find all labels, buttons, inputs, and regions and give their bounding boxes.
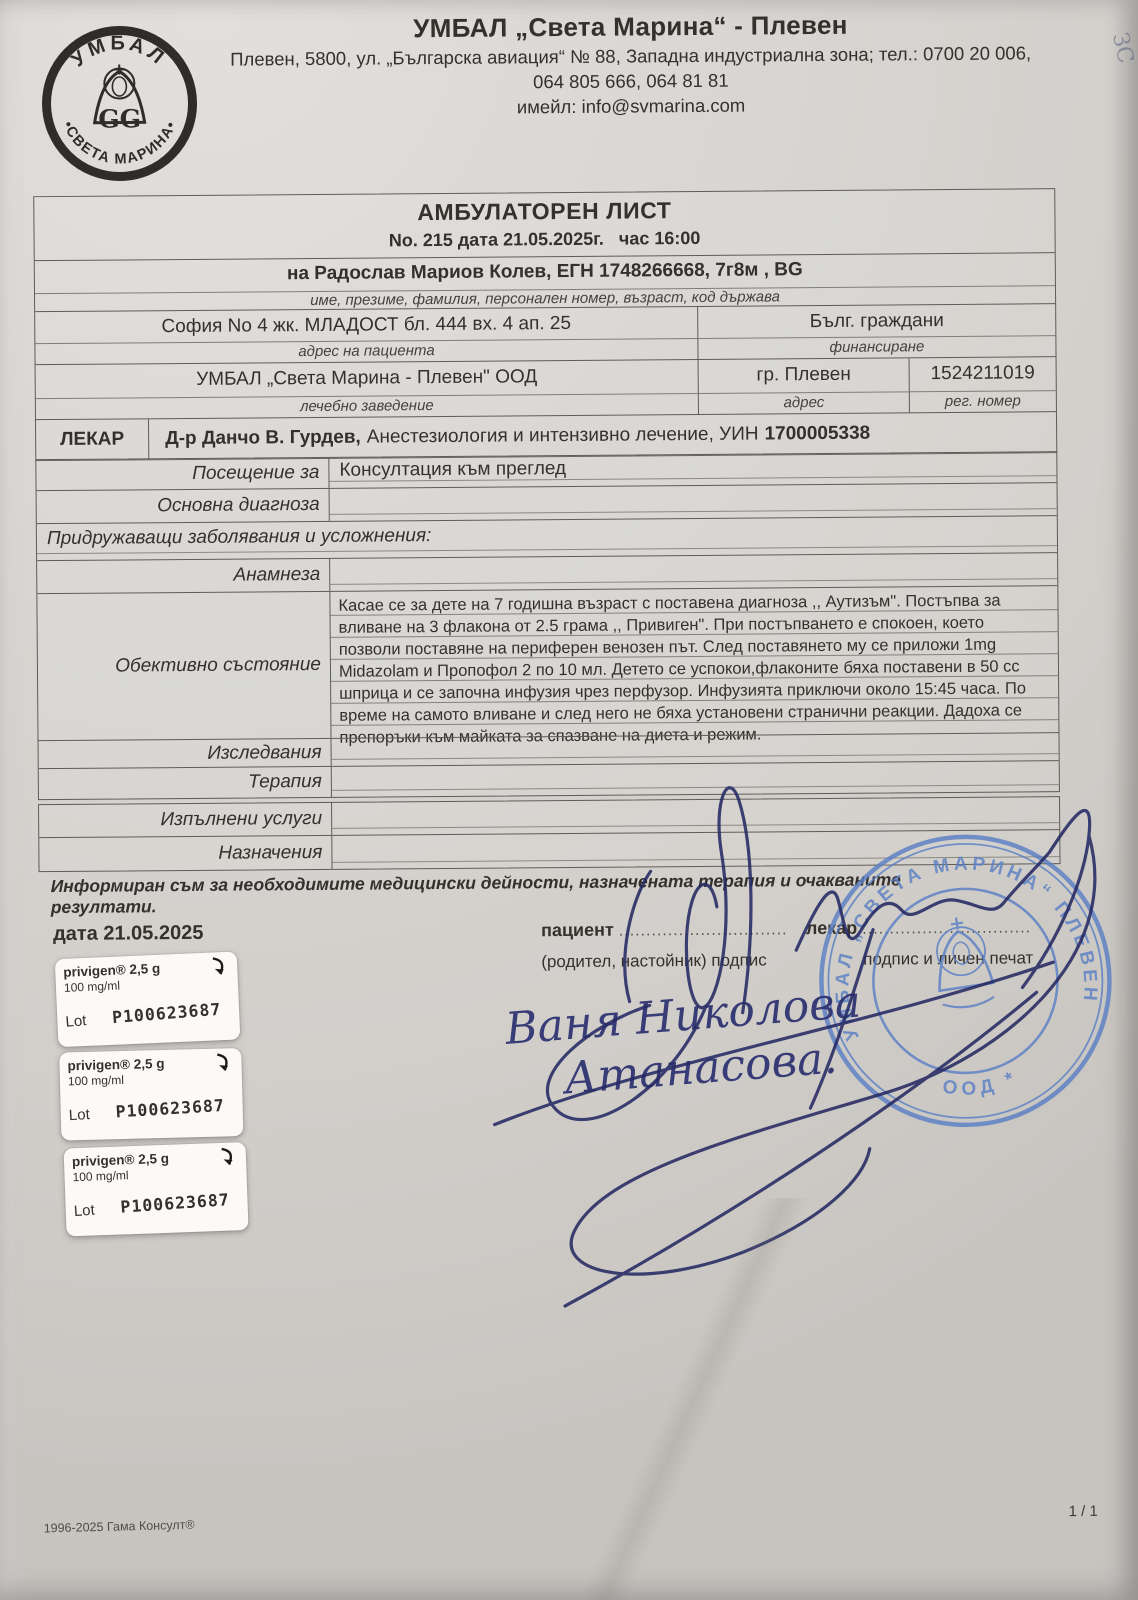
facility-name: УМБАЛ „Света Марина - Плевен" ООД — [36, 360, 698, 399]
hospital-name: УМБАЛ „Света Марина“ - Плевен — [199, 8, 1062, 46]
patient-signature-label: пациент ............................... — [541, 918, 788, 941]
visit-for-label: Посещение за — [36, 458, 328, 490]
sticker-lot-number: P100623687 — [120, 1190, 230, 1217]
footer-page-number: 1 / 1 — [1069, 1503, 1098, 1520]
patient-word: пациент — [541, 920, 614, 941]
therapy-row: Терапия — [39, 760, 1059, 799]
prescriptions-label: Назначения — [39, 836, 331, 871]
sticker-lot-label: Lot — [65, 1012, 87, 1031]
patient-address: София No 4 жк. МЛАДОСТ бл. 444 вх. 4 ап.… — [35, 307, 697, 344]
comorbidities-text: Придружаващи заболявания и усложнения: — [47, 525, 432, 549]
main-diagnosis-label: Основна диагноза — [37, 489, 329, 523]
title-row: АМБУЛАТОРЕН ЛИСТ No. 215 дата 21.05.2025… — [34, 189, 1054, 260]
financing-caption: финансиране — [698, 336, 1055, 359]
hospital-phones: 064 805 666, 064 81 81 — [199, 67, 1062, 96]
time: час 16:00 — [619, 228, 701, 249]
doctor-uin: 1700005338 — [764, 423, 870, 446]
doctor-specialty: Анестезиология и интензивно лечение, УИН — [367, 424, 759, 449]
handwritten-name: Ваня Николова Атанасова. — [503, 975, 867, 1110]
address-financing-row: София No 4 жк. МЛАДОСТ бл. 444 вх. 4 ап.… — [35, 303, 1055, 364]
therapy-label: Терапия — [39, 767, 331, 799]
sticker-strength: 100 mg/ml — [68, 1070, 234, 1088]
sticker-lot-number: P100623687 — [111, 1000, 221, 1027]
reg-number: 1524211019 — [910, 357, 1056, 392]
facility-city-caption: адрес — [699, 392, 909, 414]
anamnesis-label: Анамнеза — [37, 559, 329, 593]
letterhead: УМБАЛ „Света Марина“ - Плевен Плевен, 58… — [199, 8, 1063, 121]
hospital-email: имейл: info@svmarina.com — [199, 92, 1062, 121]
financing: Бълг. граждани — [698, 304, 1055, 339]
identification-table: АМБУЛАТОРЕН ЛИСТ No. 215 дата 21.05.2025… — [33, 188, 1057, 461]
paper-sheet: УМБАЛ •СВЕТА МАРИНА• GG УМБАЛ „Света Мар… — [0, 0, 1138, 1600]
edge-handwriting: ЗС — [1107, 31, 1138, 66]
privigen-sticker: privigen® 2,5 g 100 mg/ml Lot P100623687 — [55, 951, 241, 1047]
sticker-lot-label: Lot — [73, 1202, 95, 1220]
privigen-sticker: privigen® 2,5 g 100 mg/ml Lot P100623687 — [59, 1048, 243, 1141]
performed-services-label: Изпълнени услуги — [39, 803, 331, 837]
sticker-lot-number: P100623687 — [115, 1096, 225, 1122]
therapy-value — [331, 761, 1059, 797]
document-title: АМБУЛАТОРЕН ЛИСТ — [34, 194, 1054, 229]
footer-vendor: 1996-2025 Гама Консулт® — [44, 1518, 195, 1536]
patient-signature-caption: (родител, настойник) подпис — [541, 950, 767, 972]
visit-for-text: Консултация към преглед — [339, 458, 566, 481]
fold-arrow-icon — [213, 1052, 236, 1075]
facility-city: гр. Плевен — [699, 358, 909, 394]
patient-row: на Радослав Мариов Колев, ЕГН 1748266668… — [35, 252, 1055, 311]
visit-table: Посещение за Консултация към преглед Осн… — [35, 451, 1060, 800]
objective-state-label: Обективно състояние — [37, 592, 330, 740]
hospital-address: Плевен, 5800, ул. „Българска авиация“ № … — [199, 42, 1062, 71]
facility-row: УМБАЛ „Света Марина - Плевен" ООД лечебн… — [36, 356, 1056, 419]
fold-arrow-icon — [218, 1146, 241, 1169]
objective-state-value: Касае се за дете на 7 годишна възраст с … — [329, 586, 1058, 738]
fold-arrow-icon — [209, 956, 232, 979]
doctor-label: ЛЕКАР — [36, 419, 149, 460]
patient-signature-dots: ............................... — [619, 921, 788, 939]
hospital-logo-icon: УМБАЛ •СВЕТА МАРИНА• GG — [39, 23, 200, 184]
logo-center-text: GG — [98, 104, 141, 133]
reg-number-caption: рег. номер — [910, 391, 1056, 412]
scanned-document: УМБАЛ •СВЕТА МАРИНА• GG УМБАЛ „Света Мар… — [0, 0, 1138, 1600]
doctor-name: Д-р Данчо В. Гурдев, — [165, 427, 361, 451]
paper-crease — [483, 1197, 906, 1600]
sticker-lot-label: Lot — [68, 1106, 90, 1124]
tests-label: Изследвания — [39, 739, 331, 768]
privigen-sticker: privigen® 2,5 g 100 mg/ml Lot P100623687 — [64, 1142, 249, 1236]
number-date: No. 215 дата 21.05.2025г. — [389, 229, 604, 251]
objective-state-row: Обективно състояние Касае се за дете на … — [37, 585, 1058, 740]
date-line: дата 21.05.2025 — [53, 922, 204, 946]
document-number-line: No. 215 дата 21.05.2025г. час 16:00 — [35, 225, 1055, 254]
